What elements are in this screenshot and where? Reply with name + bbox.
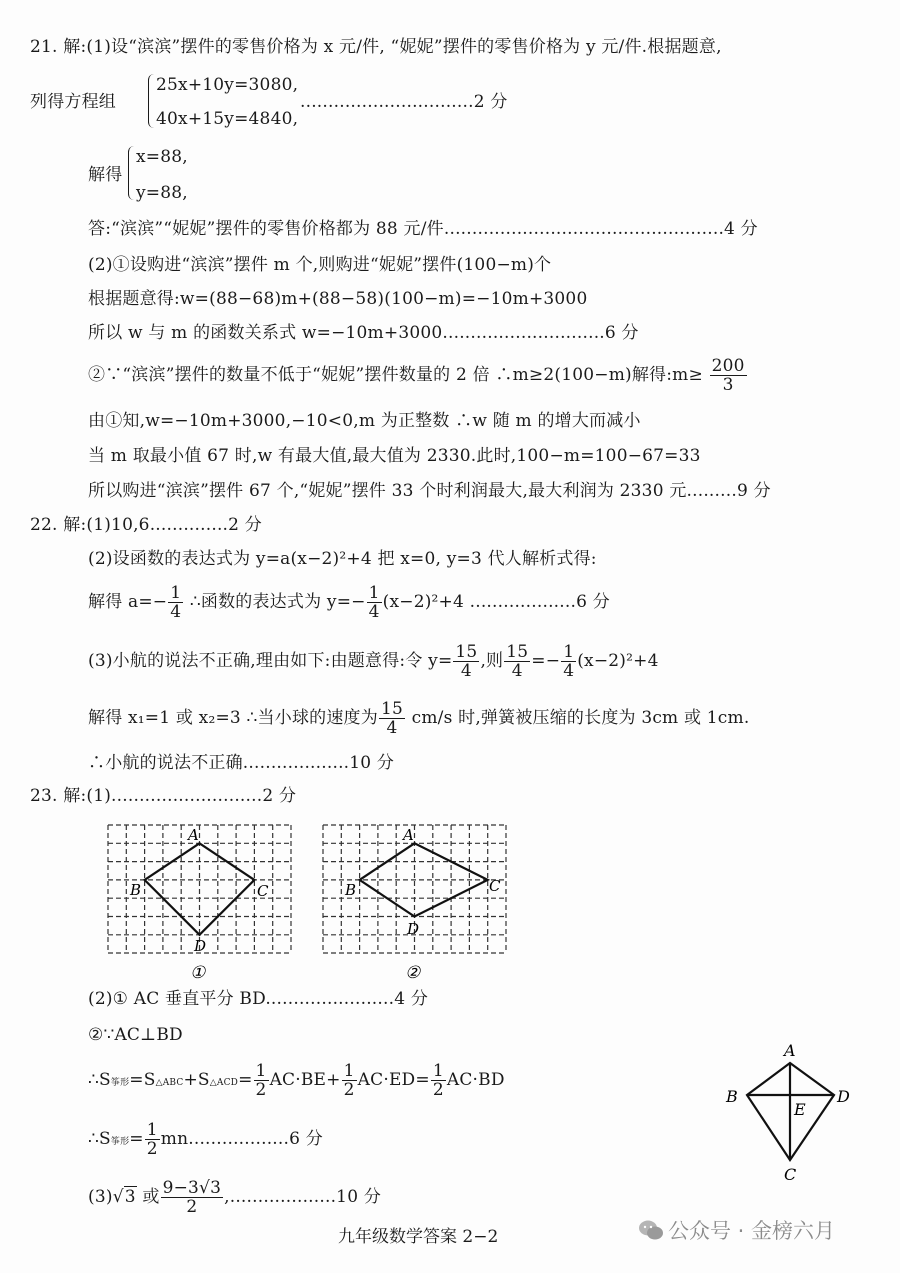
equation-2: 40x+15y=4840, <box>156 108 298 130</box>
text: +S <box>183 1070 209 1090</box>
text: mn..................6 分 <box>161 1129 323 1149</box>
fraction: 14 <box>561 643 576 680</box>
text: =S <box>129 1070 155 1090</box>
radicand: 3 <box>124 1186 137 1207</box>
q23-line-6: (3)√3 或9−3√32,...................10 分 <box>88 1179 381 1216</box>
text: ∴S <box>88 1129 111 1149</box>
point-C-label: C <box>489 877 501 895</box>
subscript: 筝形 <box>111 1078 129 1088</box>
text: AC·ED= <box>358 1070 430 1090</box>
watermark-text: 公众号 · 金榜六月 <box>668 1215 835 1245</box>
q21-part2-line-2: 根据题意得:w=(88−68)m+(88−58)(100−m)=−10m+300… <box>88 288 587 310</box>
q21-solution-label: 解得 <box>88 164 122 186</box>
point-E-label: E <box>793 1100 806 1119</box>
q23-line-1: 23. 解:(1)...........................2 分 <box>30 785 296 807</box>
q23-line-2: (2)① AC 垂直平分 BD.......................4 … <box>88 988 428 1010</box>
solution-2: y=88, <box>136 182 188 204</box>
q23-line-5: ∴S筝形=12mn..................6 分 <box>88 1121 323 1158</box>
q22-line-3: 解得 a=−14 ∴函数的表达式为 y=−14(x−2)²+4 ........… <box>88 584 610 621</box>
text: AC·BE+ <box>270 1070 341 1090</box>
page-footer: 九年级数学答案 2−2 <box>338 1222 498 1247</box>
q21-answer: 答:“滨滨”“妮妮”摆件的零售价格都为 88 元/件..............… <box>88 218 758 240</box>
q21-line-1: 21. 解:(1)设“滨滨”摆件的零售价格为 x 元/件, “妮妮”摆件的零售价… <box>30 36 722 58</box>
solution-1: x=88, <box>136 146 188 168</box>
figure-1-grid-diagram: A B C D ① <box>100 818 300 983</box>
q21-part2-line-7: 所以购进“滨滨”摆件 67 个,“妮妮”摆件 33 个时利润最大,最大利润为 2… <box>88 480 771 502</box>
point-B-label: B <box>129 881 141 899</box>
point-C-label: C <box>257 882 269 900</box>
point-A-label: A <box>782 1041 796 1060</box>
point-D-label: D <box>836 1087 850 1106</box>
q21-system-label: 列得方程组 <box>30 91 116 113</box>
point-B-label: B <box>344 881 356 899</box>
point-D-label: D <box>406 920 419 938</box>
figure-1-label: ① <box>190 963 206 983</box>
point-D-label: D <box>193 937 206 955</box>
q23-line-4: ∴S筝形=S△ABC+S△ACD=12AC·BE+12AC·ED=12AC·BD <box>88 1062 505 1099</box>
text: cm/s 时,弹簧被压缩的长度为 3cm 或 1cm. <box>406 708 749 728</box>
fraction: 14 <box>168 584 183 621</box>
q22-line-2: (2)设函数的表达式为 y=a(x−2)²+4 把 x=0, y=3 代人解析式… <box>88 548 597 570</box>
fraction-half: 12 <box>431 1062 446 1099</box>
text: =− <box>531 651 560 671</box>
inequality-text: ②∵“滨滨”摆件的数量不低于“妮妮”摆件数量的 2 倍 ∴m≥2(100−m)解… <box>88 365 703 385</box>
fraction: 154 <box>379 700 405 737</box>
text: (3) <box>88 1187 113 1207</box>
q21-eq-score: ...............................2 分 <box>300 91 508 113</box>
fraction-half: 12 <box>145 1121 160 1158</box>
point-A-label: A <box>401 826 414 844</box>
text: = <box>238 1070 252 1090</box>
figure-2-grid-diagram: A B C D ② <box>315 818 515 983</box>
fraction-half: 12 <box>254 1062 269 1099</box>
q21-part2-line-3: 所以 w 与 m 的函数关系式 w=−10m+3000.............… <box>88 322 639 344</box>
text: ∴函数的表达式为 y=− <box>184 592 365 612</box>
fraction: 154 <box>504 643 530 680</box>
fraction: 14 <box>367 584 382 621</box>
q21-part2-line-1: (2)①设购进“滨滨”摆件 m 个,则购进“妮妮”摆件(100−m)个 <box>88 254 551 276</box>
subscript: △ABC <box>156 1078 184 1088</box>
fraction: 154 <box>453 643 479 680</box>
q21-part2-line-6: 当 m 取最小值 67 时,w 有最大值,最大值为 2330.此时,100−m=… <box>88 445 701 467</box>
text: ,则 <box>480 651 503 671</box>
text: ∴S <box>88 1070 111 1090</box>
figure-2-label: ② <box>405 963 421 983</box>
q22-line-5: 解得 x₁=1 或 x₂=3 ∴当小球的速度为154 cm/s 时,弹簧被压缩的… <box>88 700 749 737</box>
text: 或 <box>137 1187 160 1207</box>
kite-diagram: A B D E C <box>700 1035 860 1185</box>
subscript: 筝形 <box>111 1137 129 1147</box>
text: = <box>129 1129 143 1149</box>
equation-1: 25x+10y=3080, <box>156 74 298 96</box>
q22-line-1: 22. 解:(1)10,6..............2 分 <box>30 514 262 536</box>
text: AC·BD <box>447 1070 505 1090</box>
text: ,...................10 分 <box>224 1187 381 1207</box>
q21-part2-line-5: 由①知,w=−10m+3000,−10<0,m 为正整数 ∴w 随 m 的增大而… <box>88 410 641 432</box>
point-B-label: B <box>725 1087 738 1106</box>
point-C-label: C <box>784 1165 796 1184</box>
wechat-icon <box>638 1219 662 1241</box>
fraction-200-3: 2003 <box>710 357 747 394</box>
text: (x−2)²+4 ...................6 分 <box>383 592 610 612</box>
subscript: △ACD <box>210 1078 238 1088</box>
fraction-half: 12 <box>342 1062 357 1099</box>
text: 解得 x₁=1 或 x₂=3 ∴当小球的速度为 <box>88 708 378 728</box>
q23-line-3: ②∵AC⊥BD <box>88 1024 183 1046</box>
q22-line-6: ∴小航的说法不正确...................10 分 <box>88 752 394 774</box>
q22-line-4: (3)小航的说法不正确,理由如下:由题意得:令 y=154,则154=−14(x… <box>88 643 659 680</box>
text: (3)小航的说法不正确,理由如下:由题意得:令 y= <box>88 651 452 671</box>
q21-part2-line-4: ②∵“滨滨”摆件的数量不低于“妮妮”摆件数量的 2 倍 ∴m≥2(100−m)解… <box>88 357 748 394</box>
fraction: 9−3√32 <box>161 1179 224 1216</box>
watermark: 公众号 · 金榜六月 <box>638 1215 835 1245</box>
point-A-label: A <box>186 826 199 844</box>
text: 解得 a=− <box>88 592 167 612</box>
text: (x−2)²+4 <box>577 651 658 671</box>
sqrt-icon: √ <box>113 1187 124 1207</box>
